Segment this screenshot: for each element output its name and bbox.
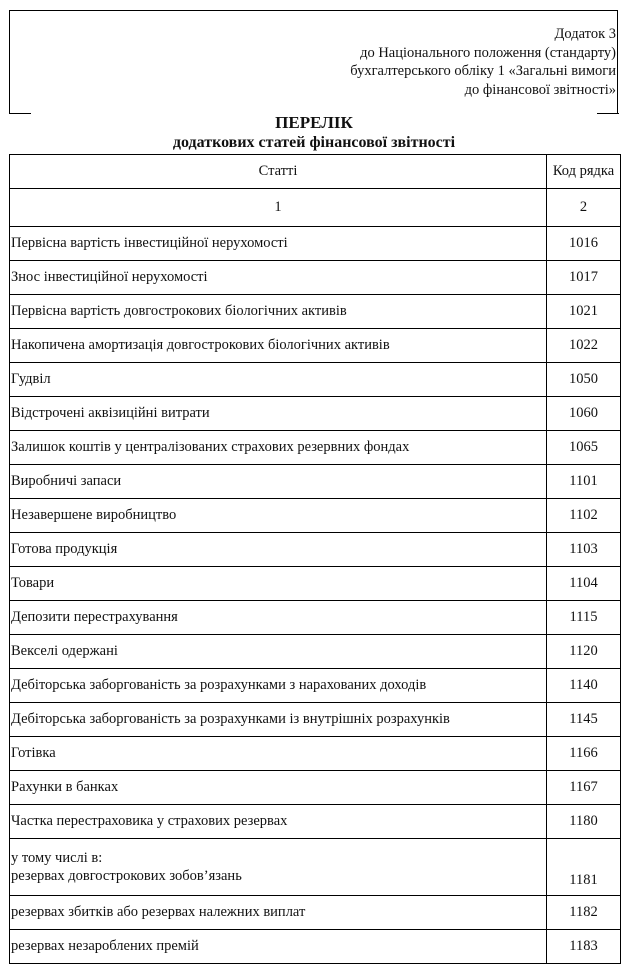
table-row: Депозити перестрахування1115 [10, 601, 621, 635]
item-code: 1065 [547, 431, 621, 465]
item-code: 1167 [547, 771, 621, 805]
table-row: Знос інвестиційної нерухомості1017 [10, 261, 621, 295]
table-header-row: Статті Код рядка [10, 155, 621, 189]
item-name: Виробничі запаси [10, 465, 547, 499]
table-row: Рахунки в банках1167 [10, 771, 621, 805]
item-name: Рахунки в банках [10, 771, 547, 805]
table-row: Готівка1166 [10, 737, 621, 771]
item-code: 1022 [547, 329, 621, 363]
table-row: Накопичена амортизація довгострокових бі… [10, 329, 621, 363]
column-number-2: 2 [547, 189, 621, 227]
item-name-line: у тому числі в: [11, 849, 546, 867]
item-code: 1017 [547, 261, 621, 295]
item-name: Дебіторська заборгованість за розрахунка… [10, 703, 547, 737]
item-code: 1145 [547, 703, 621, 737]
annex-reference: Додаток 3 до Національного положення (ст… [350, 25, 616, 99]
table-row: Дебіторська заборгованість за розрахунка… [10, 703, 621, 737]
column-number-1: 1 [10, 189, 547, 227]
table-row: резервах збитків або резервах належних в… [10, 896, 621, 930]
table-row: Незавершене виробництво1102 [10, 499, 621, 533]
table-row: Товари1104 [10, 567, 621, 601]
table-row: у тому числі в:резервах довгострокових з… [10, 839, 621, 896]
item-code: 1104 [547, 567, 621, 601]
item-code: 1182 [547, 896, 621, 930]
table-row: Готова продукція1103 [10, 533, 621, 567]
annex-line: до Національного положення (стандарту) [350, 44, 616, 63]
item-name: резервах незароблених премій [10, 930, 547, 964]
item-name: Залишок коштів у централізованих страхов… [10, 431, 547, 465]
table-row: Первісна вартість довгострокових біологі… [10, 295, 621, 329]
item-name: резервах збитків або резервах належних в… [10, 896, 547, 930]
table-row: резервах незароблених премій1183 [10, 930, 621, 964]
table-column-number-row: 1 2 [10, 189, 621, 227]
item-name-line: резервах довгострокових зобов’язань [11, 867, 546, 885]
table-row: Векселі одержані1120 [10, 635, 621, 669]
item-code: 1101 [547, 465, 621, 499]
item-name: Первісна вартість інвестиційної нерухомо… [10, 227, 547, 261]
item-name: Товари [10, 567, 547, 601]
item-name: Депозити перестрахування [10, 601, 547, 635]
document-subtitle: додаткових статей фінансової звітності [0, 133, 623, 153]
item-name: у тому числі в:резервах довгострокових з… [10, 839, 547, 896]
item-code: 1140 [547, 669, 621, 703]
item-name: Частка перестраховика у страхових резерв… [10, 805, 547, 839]
items-table: Статті Код рядка 1 2 Первісна вартість і… [9, 154, 621, 964]
table-row: Первісна вартість інвестиційної нерухомо… [10, 227, 621, 261]
table-row: Дебіторська заборгованість за розрахунка… [10, 669, 621, 703]
item-code: 1016 [547, 227, 621, 261]
item-code: 1183 [547, 930, 621, 964]
item-name: Готівка [10, 737, 547, 771]
item-name: Первісна вартість довгострокових біологі… [10, 295, 547, 329]
item-code: 1103 [547, 533, 621, 567]
item-code: 1120 [547, 635, 621, 669]
item-name: Векселі одержані [10, 635, 547, 669]
document-title: ПЕРЕЛІК [0, 113, 623, 133]
item-code: 1060 [547, 397, 621, 431]
annex-line: бухгалтерського обліку 1 «Загальні вимог… [350, 62, 616, 81]
item-code: 1181 [547, 839, 621, 896]
table-row: Гудвіл1050 [10, 363, 621, 397]
table-row: Залишок коштів у централізованих страхов… [10, 431, 621, 465]
column-header-code: Код рядка [547, 155, 621, 189]
item-name: Гудвіл [10, 363, 547, 397]
item-name: Незавершене виробництво [10, 499, 547, 533]
item-code: 1166 [547, 737, 621, 771]
item-code: 1050 [547, 363, 621, 397]
item-code: 1115 [547, 601, 621, 635]
item-name: Дебіторська заборгованість за розрахунка… [10, 669, 547, 703]
item-code: 1102 [547, 499, 621, 533]
table-row: Виробничі запаси1101 [10, 465, 621, 499]
item-code: 1021 [547, 295, 621, 329]
item-name: Накопичена амортизація довгострокових бі… [10, 329, 547, 363]
table-row: Частка перестраховика у страхових резерв… [10, 805, 621, 839]
table-row: Відстрочені аквізиційні витрати1060 [10, 397, 621, 431]
item-code: 1180 [547, 805, 621, 839]
item-name: Готова продукція [10, 533, 547, 567]
annex-line: до фінансової звітності» [350, 81, 616, 100]
annex-line: Додаток 3 [350, 25, 616, 44]
item-name: Відстрочені аквізиційні витрати [10, 397, 547, 431]
item-name: Знос інвестиційної нерухомості [10, 261, 547, 295]
column-header-items: Статті [10, 155, 547, 189]
